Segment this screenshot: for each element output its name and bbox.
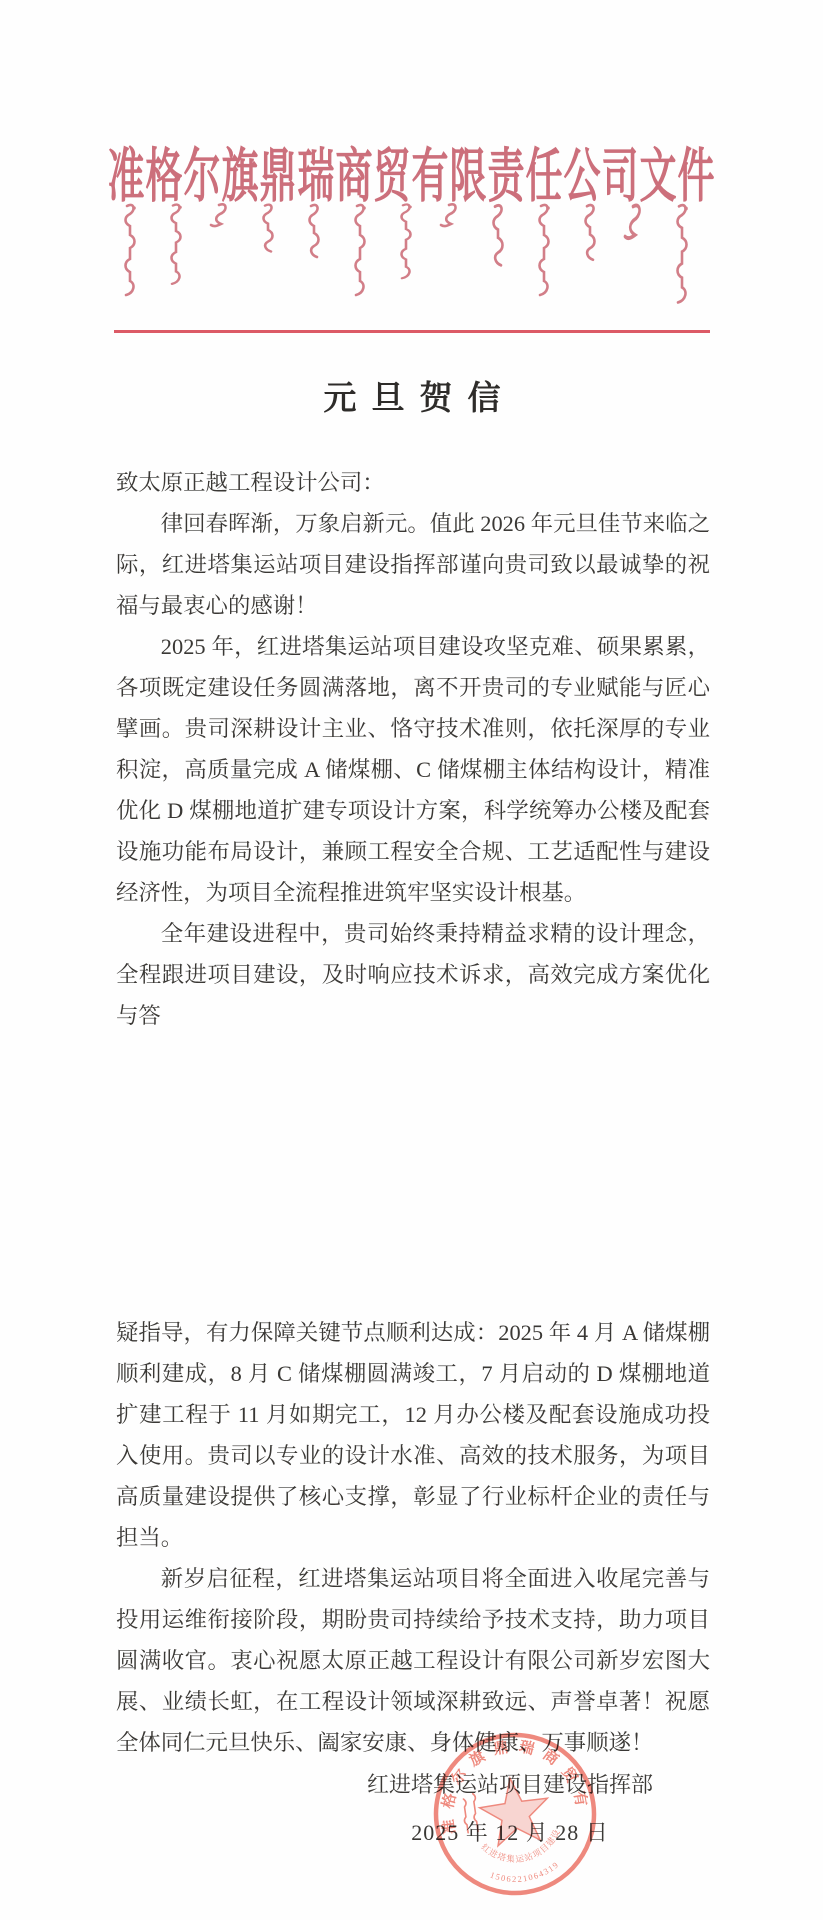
official-seal: 准格尔旗鼎瑞商贸有限责任公司 红进塔集运站项目建设指挥部 15062210643… [430,1726,602,1902]
mongolian-script-row [114,200,710,305]
letter-body-page1: 致太原正越工程设计公司： 律回春晖渐，万象启新元。值此 2026 年元旦佳节来临… [116,462,710,1036]
letterhead-divider-line [114,330,710,333]
scanned-letter-page: 准格尔旗鼎瑞商贸有限责任公司文件 元旦贺信 [0,0,823,1920]
paragraph: 新岁启征程，红进塔集运站项目将全面进入收尾完善与投用运维衔接阶段，期盼贵司持续给… [116,1558,710,1763]
paragraph: 全年建设进程中，贵司始终秉持精益求精的设计理念，全程跟进项目建设，及时响应技术诉… [116,913,710,1036]
seal-mongolian-marks [461,1793,480,1833]
letter-body-page2: 疑指导，有力保障关键节点顺利达成：2025 年 4 月 A 储煤棚顺利建成，8 … [116,1312,710,1763]
paragraph: 疑指导，有力保障关键节点顺利达成：2025 年 4 月 A 储煤棚顺利建成，8 … [116,1312,710,1558]
paragraph: 2025 年，红进塔集运站项目建设攻坚克难、硕果累累，各项既定建设任务圆满落地，… [116,626,710,913]
letter-title: 元旦贺信 [114,372,710,419]
seal-star-icon [476,1774,553,1848]
salutation: 致太原正越工程设计公司： [116,462,710,503]
paragraph: 律回春晖渐，万象启新元。值此 2026 年元旦佳节来临之际，红进塔集运站项目建设… [116,503,710,626]
